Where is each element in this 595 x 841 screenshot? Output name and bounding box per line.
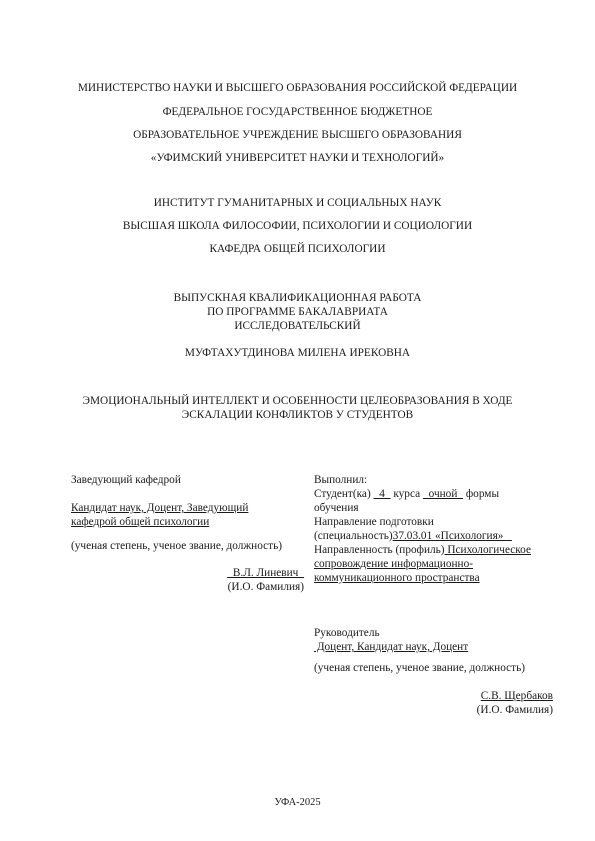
profile-value3: коммуникационного пространства — [314, 572, 480, 584]
profile-value2: сопровождение информационно- — [314, 558, 473, 570]
institution-type-line: ОБРАЗОВАТЕЛЬНОЕ УЧРЕЖДЕНИЕ ВЫСШЕГО ОБРАЗ… — [0, 129, 595, 141]
work-kind: ИССЛЕДОВАТЕЛЬСКИЙ — [0, 320, 595, 332]
specialty-prefix: (специальность) — [314, 530, 393, 542]
department-name: КАФЕДРА ОБЩЕЙ ПСИХОЛОГИИ — [0, 243, 595, 255]
head-position-hint: (ученая степень, ученое звание, должност… — [71, 540, 282, 552]
work-program: ПО ПРОГРАММЕ БАКАЛАВРИАТА — [0, 306, 595, 318]
school-name: ВЫСШАЯ ШКОЛА ФИЛОСОФИИ, ПСИХОЛОГИИ И СОЦ… — [0, 220, 595, 232]
study-form-suffix: формы — [463, 488, 499, 500]
profile-value1: Психологическое — [445, 544, 531, 556]
specialty-line: (специальность)37.03.01 «Психология» — [314, 530, 512, 542]
supervisor-position-hint: (ученая степень, ученое звание, должност… — [314, 662, 525, 674]
work-type: ВЫПУСКНАЯ КВАЛИФИКАЦИОННАЯ РАБОТА — [0, 292, 595, 304]
course-mid: курса — [391, 488, 423, 500]
city-year: УФА-2025 — [0, 797, 595, 808]
profile-line1: Направленность (профиль) Психологическое — [314, 544, 531, 556]
federal-line: ФЕДЕРАЛЬНОЕ ГОСУДАРСТВЕННОЕ БЮДЖЕТНОЕ — [0, 106, 595, 118]
head-of-department-label: Заведующий кафедрой — [71, 474, 181, 486]
supervisor-position: Доцент, Кандидат наук, Доцент — [314, 641, 468, 653]
head-position-line1: Кандидат наук, Доцент, Заведующий — [71, 502, 248, 514]
profile-prefix: Направленность (профиль) — [314, 544, 445, 556]
ministry-line: МИНИСТЕРСТВО НАУКИ И ВЫСШЕГО ОБРАЗОВАНИЯ… — [0, 82, 595, 94]
student-label: Выполнил: — [314, 474, 367, 486]
university-name: «УФИМСКИЙ УНИВЕРСИТЕТ НАУКИ И ТЕХНОЛОГИЙ… — [0, 152, 595, 164]
direction-label: Направление подготовки — [314, 516, 434, 528]
supervisor-signature-name: С.В. Щербаков — [360, 690, 553, 702]
author-name: МУФТАХУТДИНОВА МИЛЕНА ИРЕКОВНА — [0, 347, 595, 359]
study-form-line2: обучения — [314, 502, 359, 514]
head-signature-name: _В.Л. Линевич_ — [120, 567, 304, 579]
supervisor-name-hint: (И.О. Фамилия) — [360, 704, 553, 716]
specialty-value: 37.03.01 «Психология» — [393, 530, 512, 542]
work-title-line2: ЭСКАЛАЦИИ КОНФЛИКТОВ У СТУДЕНТОВ — [0, 409, 595, 421]
head-name-hint: (И.О. Фамилия) — [120, 581, 304, 593]
study-form-value: _очной_ — [423, 488, 463, 500]
student-course-line: Студент(ка) _4_ курса _очной_ формы — [314, 488, 499, 500]
course-value: _4_ — [374, 488, 391, 500]
head-position-line2: кафедрой общей психологии — [71, 516, 209, 528]
supervisor-label: Руководитель — [314, 627, 380, 639]
course-prefix: Студент(ка) — [314, 488, 374, 500]
institute-name: ИНСТИТУТ ГУМАНИТАРНЫХ И СОЦИАЛЬНЫХ НАУК — [0, 197, 595, 209]
title-page: МИНИСТЕРСТВО НАУКИ И ВЫСШЕГО ОБРАЗОВАНИЯ… — [0, 0, 595, 841]
work-title-line1: ЭМОЦИОНАЛЬНЫЙ ИНТЕЛЛЕКТ И ОСОБЕННОСТИ ЦЕ… — [0, 395, 595, 407]
